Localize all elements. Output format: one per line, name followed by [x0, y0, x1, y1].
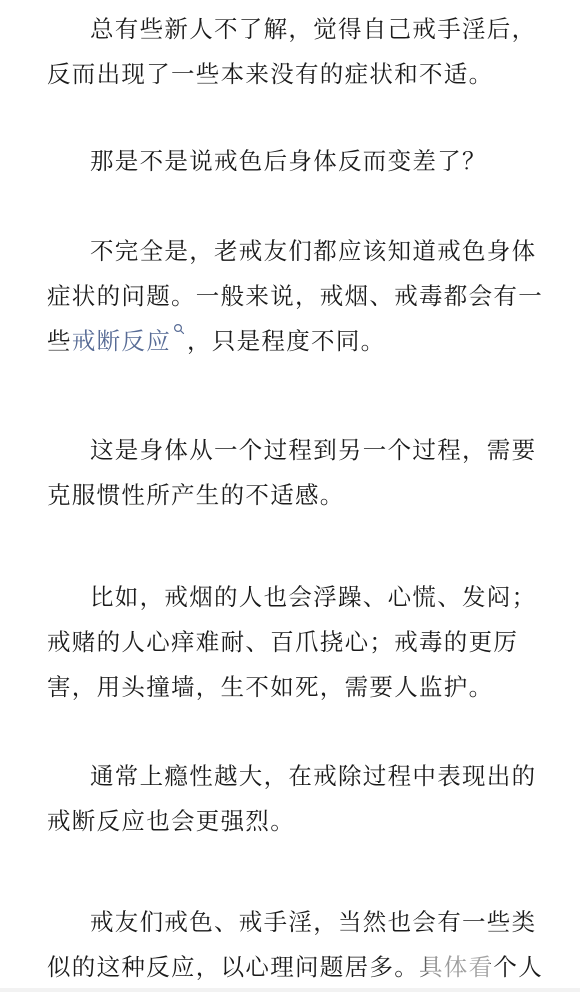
- text-line-with-link: 些戒断反应，只是程度不同。: [47, 319, 543, 364]
- text-line: 戒赌的人心痒难耐、百爪挠心；戒毒的更厉: [47, 620, 536, 665]
- text-line: 不完全是，老戒友们都应该知道戒色身体: [47, 229, 543, 274]
- text-segment: ，只是程度不同。: [187, 327, 385, 355]
- paragraph-5: 比如，戒烟的人也会浮躁、心慌、发闷； 戒赌的人心痒难耐、百爪挠心；戒毒的更厉 害…: [47, 575, 536, 710]
- text-line: 那是不是说戒色后身体反而变差了？: [47, 139, 487, 184]
- bottom-fade-overlay: [410, 955, 490, 990]
- paragraph-1: 总有些新人不了解，觉得自己戒手淫后， 反而出现了一些本来没有的症状和不适。: [47, 7, 536, 97]
- text-line: 戒友们戒色、戒手淫，当然也会有一些类: [47, 900, 543, 945]
- text-segment: 些: [47, 327, 72, 355]
- text-line: 比如，戒烟的人也会浮躁、心慌、发闷；: [47, 575, 536, 620]
- text-line: 症状的问题。一般来说，戒烟、戒毒都会有一: [47, 274, 543, 319]
- link-text: 戒断反应: [72, 327, 171, 355]
- text-line: 克服惯性所产生的不适感。: [47, 473, 536, 518]
- text-line: 害，用头撞墙，生不如死，需要人监护。: [47, 665, 536, 710]
- search-icon: [173, 323, 187, 337]
- text-line: 这是身体从一个过程到另一个过程，需要: [47, 428, 536, 473]
- text-line: 总有些新人不了解，觉得自己戒手淫后，: [47, 7, 536, 52]
- text-line: 通常上瘾性越大，在戒除过程中表现出的: [47, 754, 536, 799]
- paragraph-4: 这是身体从一个过程到另一个过程，需要 克服惯性所产生的不适感。: [47, 428, 536, 518]
- paragraph-3: 不完全是，老戒友们都应该知道戒色身体 症状的问题。一般来说，戒烟、戒毒都会有一 …: [47, 229, 543, 364]
- bottom-edge: [0, 988, 580, 992]
- keyword-search-link[interactable]: 戒断反应: [72, 327, 187, 355]
- paragraph-2: 那是不是说戒色后身体反而变差了？: [47, 139, 487, 184]
- paragraph-6: 通常上瘾性越大，在戒除过程中表现出的 戒断反应也会更强烈。: [47, 754, 536, 844]
- text-line: 戒断反应也会更强烈。: [47, 799, 536, 844]
- text-line: 反而出现了一些本来没有的症状和不适。: [47, 52, 536, 97]
